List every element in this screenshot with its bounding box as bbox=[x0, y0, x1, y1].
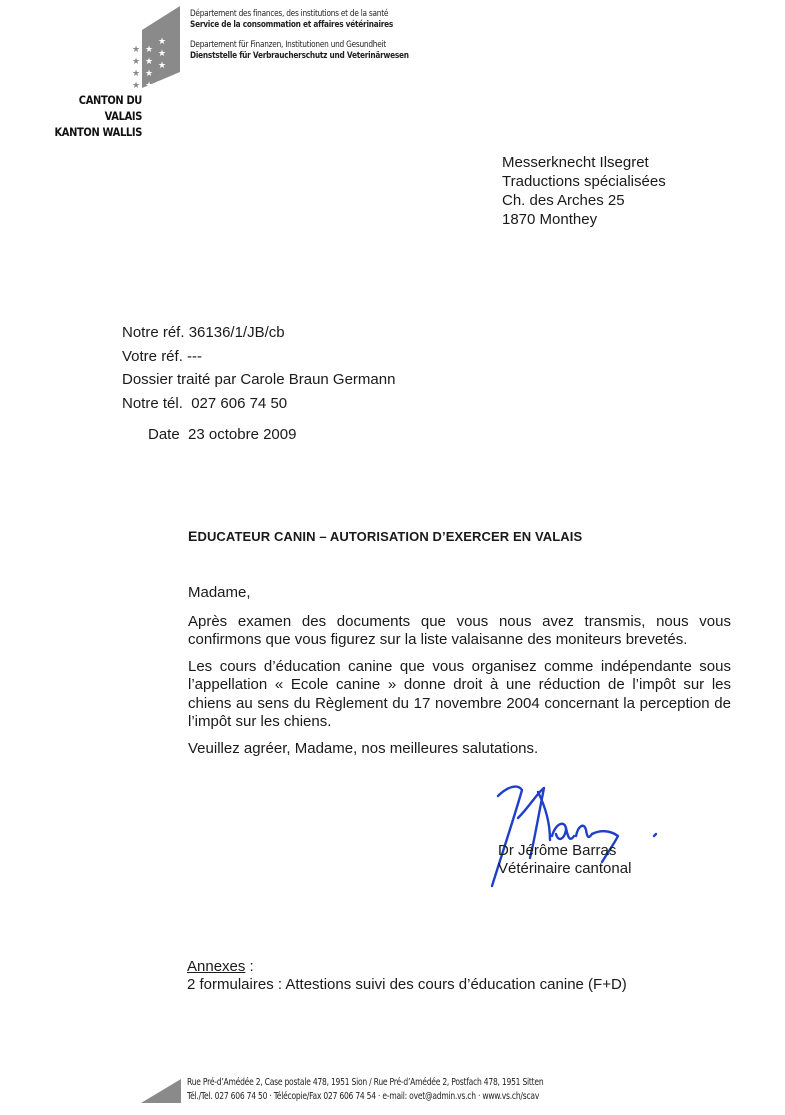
date-value: 23 octobre 2009 bbox=[188, 426, 296, 443]
svg-text:★: ★ bbox=[145, 45, 153, 55]
our-telephone: Notre tél. 027 606 74 50 bbox=[122, 392, 395, 416]
footer-triangle-icon bbox=[141, 1079, 181, 1103]
svg-text:★: ★ bbox=[145, 69, 153, 79]
date-label: Date bbox=[148, 426, 180, 443]
svg-text:★: ★ bbox=[158, 37, 166, 47]
closing-formula: Veuillez agréer, Madame, nos meilleures … bbox=[188, 740, 731, 759]
handled-by: Dossier traité par Carole Braun Germann bbox=[122, 368, 395, 392]
service-fr: Service de la consommation et affaires v… bbox=[190, 20, 409, 31]
department-fr: Département des finances, des institutio… bbox=[190, 9, 409, 20]
your-reference: Votre réf. --- bbox=[122, 345, 395, 369]
svg-text:★: ★ bbox=[145, 57, 153, 67]
annex-item: 2 formulaires : Attestions suivi des cou… bbox=[187, 976, 627, 994]
reference-block: Notre réf. 36136/1/JB/cb Votre réf. --- … bbox=[122, 321, 395, 415]
recipient-line: Traductions spécialisées bbox=[502, 172, 666, 191]
letter-body: Madame, Après examen des documents que v… bbox=[188, 584, 731, 766]
signatory-title: Vétérinaire cantonal bbox=[498, 860, 631, 878]
canton-name-fr: CANTON DU VALAIS bbox=[46, 92, 142, 124]
subject-part-1: DUCATEUR CANIN – bbox=[197, 529, 329, 544]
our-telephone-label: Notre tél. bbox=[122, 395, 183, 412]
your-reference-label: Votre réf. bbox=[122, 348, 183, 365]
our-reference-value: 36136/1/JB/cb bbox=[189, 324, 285, 341]
recipient-line: Messerknecht Ilsegret bbox=[502, 153, 666, 172]
svg-text:★: ★ bbox=[132, 57, 140, 67]
svg-text:★: ★ bbox=[145, 81, 153, 88]
recipient-line: Ch. des Arches 25 bbox=[502, 191, 666, 210]
canton-name-de: KANTON WALLIS bbox=[46, 124, 142, 140]
our-reference: Notre réf. 36136/1/JB/cb bbox=[122, 321, 395, 345]
svg-text:★: ★ bbox=[132, 81, 140, 88]
annexes: Annexes : 2 formulaires : Attestions sui… bbox=[187, 958, 627, 994]
signatory-name: Dr Jérôme Barras bbox=[498, 842, 631, 860]
footer-contact: Tél./Tel. 027 606 74 50 · Télécopie/Fax … bbox=[187, 1090, 543, 1104]
our-telephone-value: 027 606 74 50 bbox=[191, 395, 287, 412]
department-block: Département des finances, des institutio… bbox=[190, 9, 409, 62]
service-de: Dienststelle für Verbraucherschutz und V… bbox=[190, 51, 409, 62]
recipient-address: Messerknecht Ilsegret Traductions spécia… bbox=[502, 153, 666, 229]
our-reference-label: Notre réf. bbox=[122, 324, 185, 341]
letter-subject: EDUCATEUR CANIN – AUTORISATION D’EXERCER… bbox=[188, 528, 582, 544]
canton-name: CANTON DU VALAIS KANTON WALLIS bbox=[46, 92, 142, 140]
your-reference-value: --- bbox=[187, 348, 202, 365]
letter-date: Date 23 octobre 2009 bbox=[148, 426, 296, 443]
annexes-label: Annexes bbox=[187, 958, 245, 975]
svg-text:★: ★ bbox=[132, 69, 140, 79]
footer: Rue Pré-d’Amédée 2, Case postale 478, 19… bbox=[187, 1076, 543, 1104]
body-paragraph: Les cours d’éducation canine que vous or… bbox=[188, 658, 731, 732]
footer-address: Rue Pré-d’Amédée 2, Case postale 478, 19… bbox=[187, 1076, 543, 1090]
recipient-line: 1870 Monthey bbox=[502, 210, 666, 229]
body-paragraph: Après examen des documents que vous nous… bbox=[188, 613, 731, 650]
svg-text:★: ★ bbox=[132, 45, 140, 55]
valais-coat-of-arms-icon: ★ ★ ★ ★ ★ ★ ★ ★ ★ ★ ★ bbox=[120, 6, 180, 88]
signatory: Dr Jérôme Barras Vétérinaire cantonal bbox=[498, 842, 631, 878]
department-de: Departement für Finanzen, Institutionen … bbox=[190, 40, 409, 51]
svg-text:★: ★ bbox=[158, 61, 166, 71]
subject-part-2: AUTORISATION D’EXERCER EN VALAIS bbox=[330, 529, 582, 544]
annexes-separator: : bbox=[245, 958, 253, 975]
svg-text:★: ★ bbox=[158, 49, 166, 59]
salutation: Madame, bbox=[188, 584, 731, 603]
